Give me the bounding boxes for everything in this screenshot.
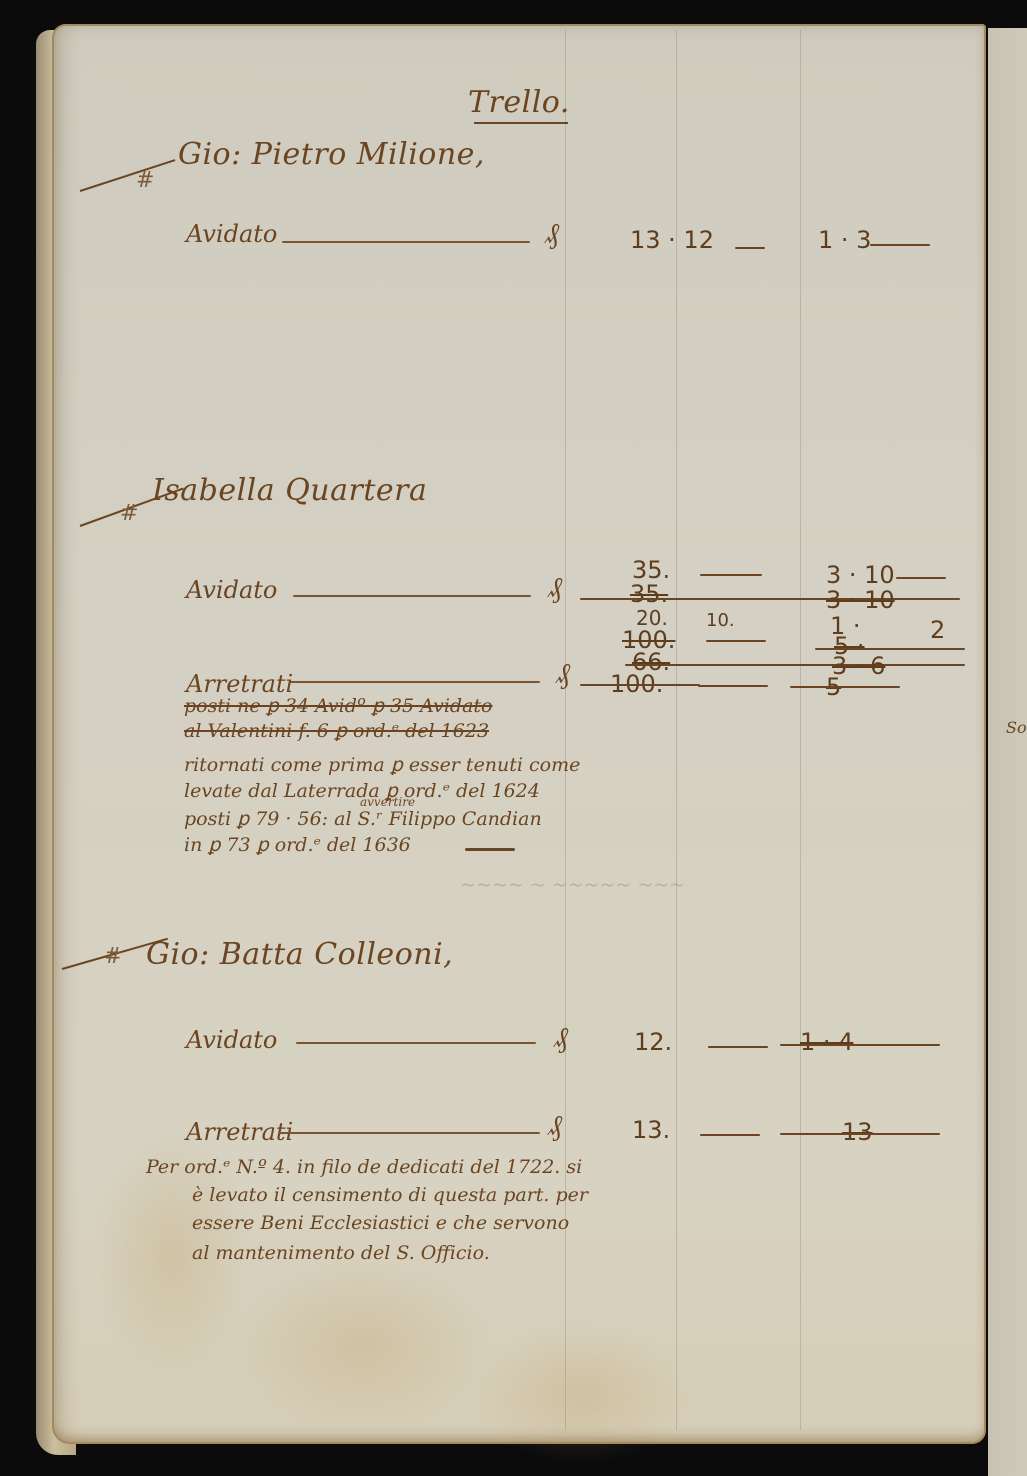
entry-name: Isabella Quartera — [152, 476, 427, 506]
column-ruling — [800, 30, 801, 1430]
entry-name: Gio: Pietro Milione, — [178, 140, 485, 170]
amount: 20. — [636, 608, 668, 628]
amount: 12. — [634, 1030, 672, 1054]
sub-amount-struck: 3 · 10 — [826, 588, 895, 612]
note-line-struck: al Valentini f. 6 ꝑ ord.ᵉ del 1623 — [184, 722, 489, 741]
note-line: essere Beni Ecclesiastici e che servono — [192, 1214, 569, 1233]
hash-mark-icon: # — [120, 503, 138, 525]
pound-symbol: ₰ — [548, 574, 562, 602]
entry-name: Gio: Batta Colleoni, — [146, 940, 453, 970]
hash-mark-icon: # — [104, 946, 122, 968]
note-line: in ꝑ 73 ꝑ ord.ᵉ del 1636 — [184, 836, 411, 855]
pound-symbol: ₰ — [556, 660, 570, 688]
pound-symbol: ₰ — [548, 1112, 562, 1140]
amount: 13 · 12 — [630, 228, 714, 252]
pound-symbol: ₰ — [554, 1024, 568, 1052]
line-label: Avidato — [186, 578, 277, 602]
note-line: ritornati come prima ꝑ esser tenuti come — [184, 756, 580, 775]
pound-symbol: ₰ — [545, 220, 559, 248]
line-label: Arretrati — [186, 672, 293, 696]
line-label: Avidato — [186, 222, 277, 246]
note-line-struck: posti ne ꝑ 34 Avidº ꝑ 35 Avidato — [184, 697, 492, 716]
sub-amount-struck: 13 — [842, 1120, 873, 1144]
facing-page-fragment: Sou — [1006, 718, 1027, 737]
note-superscript: avvertire — [360, 796, 415, 808]
hash-mark-icon: # — [136, 170, 154, 192]
amount: 35. — [632, 558, 670, 582]
amount-struck: 35. — [630, 582, 668, 606]
note-line: posti ꝑ 79 · 56: al S.ʳ Filippo Candian — [184, 810, 542, 829]
page-heading: Trello. — [468, 88, 570, 118]
note-amount: 2 — [930, 618, 945, 642]
amount: 13. — [632, 1118, 670, 1142]
note-line: è levato il censimento di questa part. p… — [192, 1186, 588, 1205]
note-line: al mantenimento del S. Officio. — [192, 1244, 490, 1263]
sub-amount-struck: 1 · 4 — [800, 1030, 853, 1054]
line-label: Avidato — [186, 1028, 277, 1052]
sub-amount: 1 · 3 — [818, 228, 871, 252]
sub-amount: 3 · 10 — [826, 563, 895, 587]
mid-amount: 10. — [706, 612, 735, 630]
note-line: Per ord.ᵉ N.º 4. in filo de dedicati del… — [146, 1158, 582, 1177]
facing-page-edge: Sou — [988, 28, 1027, 1476]
